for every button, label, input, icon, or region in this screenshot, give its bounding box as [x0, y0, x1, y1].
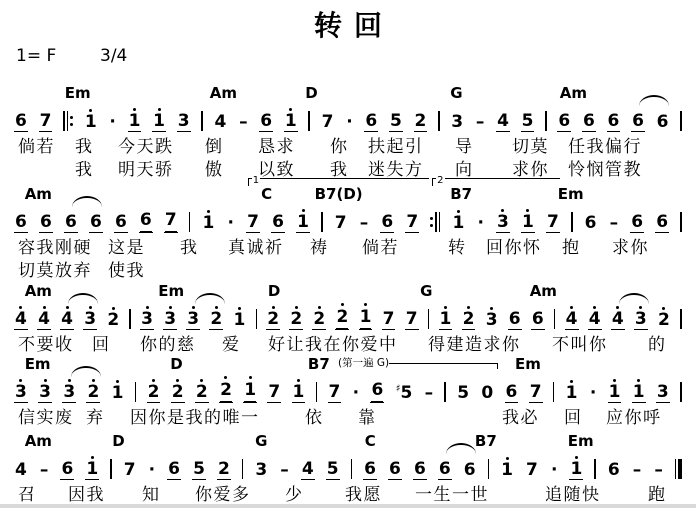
note-glyph: 4	[565, 310, 579, 330]
note-cell: 7	[546, 207, 560, 233]
lyric-syllable: 今天跌	[118, 132, 174, 157]
lyric-syllable: 我必	[502, 403, 539, 428]
note-glyph: 7	[405, 213, 419, 233]
lyric-line: 不要收回你的慈爱好让我在你爱中得建造求你不叫你的	[14, 330, 682, 353]
augmentation-dot-cell: ·	[345, 107, 353, 132]
note-row: 66666671·7617–671·3176–66	[14, 203, 682, 233]
note-cell: 2	[266, 304, 280, 330]
note-cell: 1	[451, 208, 465, 233]
note-cell: 2	[312, 304, 326, 330]
note-glyph: 1	[632, 383, 646, 403]
barline-mark	[554, 309, 556, 329]
note-cell: 1	[296, 207, 310, 233]
note-glyph: 6	[370, 381, 384, 404]
system-5: AmDGCB7Em4–617·6523–456666617·16––召因我知你爱…	[14, 432, 682, 503]
lyric-syllable: 回你怀	[486, 233, 542, 258]
note-glyph: ·	[345, 113, 353, 132]
note-cell: 6	[607, 455, 621, 480]
lyric-line: 倘若我今天跌倒恳求你扶起引导切莫任我偏行	[14, 132, 682, 155]
note-glyph: 7	[405, 310, 419, 330]
augmentation-dot-cell: ·	[589, 378, 597, 403]
barline-cell	[316, 376, 318, 403]
note-row: 3332122221717·6♯5–50671·113	[14, 373, 682, 403]
note-cell: 7	[405, 304, 419, 330]
barline-mark	[129, 309, 131, 329]
note-cell: 5	[389, 106, 403, 132]
lyric-syllable: 应你呼	[606, 403, 662, 428]
note-glyph: ·	[476, 214, 484, 233]
note-cell: 3	[656, 377, 670, 403]
system-2: 12AmCB7(D)B7Em66666671·7617–671·3176–66容…	[14, 176, 682, 279]
lyric-syllable: 抱	[562, 233, 581, 258]
note-glyph: 6	[413, 460, 427, 480]
note-glyph: 7	[123, 461, 137, 480]
note-cell: 6	[655, 207, 669, 233]
barline-mark	[351, 459, 353, 479]
note-cell: 2	[289, 304, 303, 330]
chord-label: B7(D)	[315, 185, 363, 203]
lyric-syllable: 你	[330, 132, 349, 157]
note-cell: 3	[496, 207, 510, 233]
note-cell: 2	[171, 377, 185, 403]
barline-mark	[110, 459, 112, 479]
note-glyph: 4	[496, 112, 510, 132]
lyric-syllable: 转	[448, 233, 467, 258]
note-glyph: 2	[462, 310, 476, 330]
lyric-syllable: 你爱多	[195, 480, 251, 505]
note-cell: 2	[217, 454, 231, 480]
note-glyph: 6	[167, 460, 181, 480]
note-cell: 6	[271, 207, 285, 233]
note-glyph: 6	[364, 112, 378, 132]
note-cell: 5	[521, 106, 535, 132]
note-cell: 1	[284, 106, 298, 132]
chord-label: D	[112, 432, 124, 450]
lyric-syllable: 恳求	[258, 132, 295, 157]
note-glyph: 7	[321, 113, 335, 132]
chord-label: C	[261, 185, 272, 203]
barline-mark	[680, 309, 682, 329]
barline-mark	[189, 212, 191, 232]
barline-cell	[488, 453, 490, 480]
barline-mark	[553, 382, 555, 402]
note-cell: 6	[259, 106, 273, 132]
song-title: 转回	[0, 4, 696, 44]
lyric-line: 我明天骄傲以致我迷失方向求你怜悯管教	[14, 155, 682, 178]
note-cell: 2	[335, 302, 349, 331]
lyric-syllable: 倘若	[362, 233, 399, 258]
bar-thin	[439, 212, 441, 232]
note-glyph: 2	[209, 310, 223, 330]
note-glyph: 6	[508, 310, 522, 330]
bar-sign	[430, 212, 440, 232]
barline-cell	[680, 206, 682, 233]
note-cell: 4	[60, 304, 74, 330]
note-glyph: –	[279, 461, 290, 480]
note-cell: 4	[496, 106, 510, 132]
chord-label: D	[170, 355, 182, 373]
note-glyph: 3	[254, 461, 268, 480]
note-glyph: 6	[388, 460, 402, 480]
note-glyph: 5	[389, 112, 403, 132]
note-cell: 7	[525, 455, 539, 480]
note-cell: 4	[565, 304, 579, 330]
barline-cell	[571, 206, 573, 233]
note-cell: 7	[405, 207, 419, 233]
note-cell: 1	[521, 207, 535, 233]
note-glyph: 1	[451, 214, 465, 233]
note-glyph: 5	[456, 384, 470, 403]
note-glyph: 7	[334, 214, 348, 233]
note-cell: 6	[139, 205, 153, 234]
repeat-dot	[70, 123, 73, 126]
note-cell: 1	[569, 454, 583, 480]
barline-cell	[201, 105, 203, 132]
note-cell: 2	[657, 305, 671, 330]
chord-row: EmAmDGAm	[14, 84, 682, 102]
note-glyph: 1	[292, 383, 306, 403]
note-glyph: 0	[480, 384, 494, 403]
note-cell: 6	[60, 454, 74, 480]
note-glyph: 3	[83, 310, 97, 330]
note-glyph: 1	[439, 310, 453, 330]
note-glyph: 2	[219, 381, 233, 404]
sheet-music-page: 转回 1= F 3/4 EmAmDGAm671·1134–617·6523–45…	[0, 0, 696, 508]
lyric-syllable: 使我	[108, 256, 145, 281]
chord-label: Em	[65, 84, 91, 102]
octave-dot	[364, 303, 367, 306]
note-cell: 6	[438, 454, 452, 480]
barline-cell	[438, 105, 440, 132]
note-cell: 1	[85, 454, 99, 480]
note-extension-dash-cell: –	[359, 208, 370, 233]
final-barline-cell	[675, 453, 682, 480]
note-glyph: 7	[525, 461, 539, 480]
lyric-syllable: 回	[92, 330, 111, 355]
note-cell: 1	[202, 208, 216, 233]
note-cell: 1	[243, 375, 257, 404]
note-glyph: 1	[202, 214, 216, 233]
note-glyph: 7	[164, 211, 178, 234]
note-glyph: 2	[217, 460, 231, 480]
barline-mark	[680, 212, 682, 232]
note-cell: 3	[163, 304, 177, 330]
note-glyph: 2	[414, 112, 428, 132]
lyric-syllable: 信实废	[18, 403, 74, 428]
note-cell: 1	[292, 377, 306, 403]
note-glyph: 1	[569, 460, 583, 480]
chord-label: B7	[475, 432, 497, 450]
chord-label: B7	[450, 185, 472, 203]
note-extension-dash-cell: –	[279, 455, 290, 480]
barline-cell	[256, 303, 258, 330]
chord-label: G	[255, 432, 267, 450]
note-cell: 6	[557, 106, 571, 132]
volta-row: 12	[14, 176, 682, 185]
note-glyph: 2	[335, 308, 349, 331]
chord-label: G	[450, 84, 462, 102]
note-glyph: 6	[60, 460, 74, 480]
key-signature: 1= F	[16, 46, 56, 66]
barline-mark	[242, 459, 244, 479]
note-glyph: 1	[565, 384, 579, 403]
lyric-syllable: 因你是我的唯一	[130, 403, 260, 428]
note-cell: 6	[39, 207, 53, 233]
lyric-syllable: 弃	[86, 403, 105, 428]
system-3: AmEmDGAm444323332122221771236644432不要收回你…	[14, 282, 682, 353]
lyric-syllable: 倘若	[18, 132, 55, 157]
time-signature: 3/4	[100, 46, 127, 66]
augmentation-dot-cell: ·	[148, 455, 156, 480]
note-cell: 6	[380, 207, 394, 233]
note-extension-dash-cell: –	[609, 208, 620, 233]
bar-thin	[63, 111, 65, 131]
note-glyph: –	[424, 384, 435, 403]
note-cell: 2	[209, 304, 223, 330]
lyric-syllable: 知	[142, 480, 161, 505]
note-glyph: –	[238, 113, 249, 132]
note-cell: 1	[608, 377, 622, 403]
system-1: EmAmDGAm671·1134–617·6523–4566666倘若我今天跌倒…	[14, 84, 682, 178]
note-glyph: 6	[607, 461, 621, 480]
note-cell: 2	[219, 375, 233, 404]
note-cell: 1	[500, 455, 514, 480]
note-cell: 4	[37, 304, 51, 330]
note-glyph: 2	[106, 311, 120, 330]
note-glyph: 6	[14, 112, 28, 132]
note-cell: 3	[485, 305, 499, 330]
note-cell: 2	[147, 377, 161, 403]
window-bottom-edge	[0, 504, 696, 508]
note-cell: 7	[39, 106, 53, 132]
barline-mark	[545, 111, 547, 131]
chord-row: AmCB7(D)B7Em	[14, 185, 682, 203]
repeat-dot	[70, 116, 73, 119]
lyric-syllable: 跑	[648, 480, 667, 505]
note-glyph: 6	[380, 213, 394, 233]
octave-dot	[249, 376, 252, 379]
lyric-syllable: 祷	[310, 233, 329, 258]
note-glyph: 2	[312, 310, 326, 330]
note-glyph: 3	[656, 383, 670, 403]
note-cell: 6	[584, 208, 598, 233]
note-glyph: 6	[139, 211, 153, 234]
note-cell: 4	[611, 304, 625, 330]
lyric-syllable: 真诚祈	[228, 233, 284, 258]
chord-label: Am	[560, 84, 587, 102]
barline-cell	[189, 206, 191, 233]
barline-cell	[444, 376, 446, 403]
note-glyph: –	[653, 461, 664, 480]
lyric-syllable: 少	[285, 480, 304, 505]
note-glyph: 4	[14, 461, 28, 480]
note-cell: 1	[439, 304, 453, 330]
barline-mark	[308, 111, 310, 131]
note-glyph: 6	[505, 383, 519, 403]
note-glyph: 6	[584, 214, 598, 233]
note-glyph: 3	[177, 112, 191, 132]
note-glyph: 4	[611, 310, 625, 330]
bar-thin	[435, 212, 437, 232]
note-cell: 3	[14, 377, 28, 403]
note-cell: 6	[388, 454, 402, 480]
note-extension-dash-cell: –	[39, 455, 50, 480]
note-glyph: ·	[108, 113, 116, 132]
bar-sign	[63, 111, 73, 131]
note-extension-dash-cell: –	[238, 107, 249, 132]
note-glyph: 7	[39, 112, 53, 132]
bar-thin	[675, 459, 677, 479]
note-glyph: 6	[64, 213, 78, 233]
barline-mark	[594, 459, 596, 479]
note-glyph: 3	[163, 310, 177, 330]
note-glyph: 1	[84, 113, 98, 132]
note-glyph: 7	[328, 383, 342, 403]
chord-label: Am	[25, 432, 52, 450]
note-glyph: 6	[463, 461, 477, 480]
note-row: 671·1134–617·6523–4566666	[14, 102, 682, 132]
barline-mark	[571, 212, 573, 232]
barline-mark	[444, 382, 446, 402]
barline-cell	[129, 303, 131, 330]
note-glyph: 1	[243, 381, 257, 404]
note-glyph: 7	[246, 213, 260, 233]
note-glyph: 3	[140, 310, 154, 330]
note-cell: 4	[14, 455, 28, 480]
note-cell: 6	[413, 454, 427, 480]
barline-cell	[554, 303, 556, 330]
barline-cell	[680, 105, 682, 132]
note-glyph: ·	[227, 214, 235, 233]
barline-mark	[201, 111, 203, 131]
note-glyph: 6	[630, 213, 644, 233]
note-cell: 7	[328, 377, 342, 403]
note-glyph: 1	[232, 311, 246, 330]
note-glyph: 4	[14, 310, 28, 330]
note-glyph: ♯5	[395, 384, 414, 403]
note-cell: 7	[246, 207, 260, 233]
barline-cell	[351, 453, 353, 480]
octave-dot	[224, 376, 227, 379]
note-glyph: 6	[631, 112, 645, 132]
note-glyph: 4	[588, 310, 602, 330]
chord-label: Am	[530, 282, 557, 300]
note-cell: 6	[364, 106, 378, 132]
barline-cell	[135, 376, 137, 403]
note-extension-dash-cell: –	[632, 455, 643, 480]
bar-sign	[675, 459, 682, 479]
note-glyph: 4	[60, 310, 74, 330]
note-extension-dash-cell: –	[653, 455, 664, 480]
note-cell: 1	[232, 305, 246, 330]
chord-label: Am	[25, 282, 52, 300]
note-glyph: 1	[284, 112, 298, 132]
lyric-line: 召因我知你爱多少我愿一生一世追随快跑	[14, 480, 682, 503]
chord-label: B7	[308, 355, 330, 373]
barline-cell	[110, 453, 112, 480]
barline-cell	[553, 376, 555, 403]
note-cell: 6	[508, 304, 522, 330]
note-cell: ♯5	[395, 378, 414, 403]
note-cell: 3	[450, 107, 464, 132]
note-glyph: 1	[128, 112, 142, 132]
note-cell: 6	[370, 375, 384, 404]
lyric-syllable: 不叫你	[552, 330, 608, 355]
note-glyph: 6	[14, 213, 28, 233]
chord-label: Em	[558, 185, 584, 203]
note-glyph: 7	[529, 383, 543, 403]
barline-mark	[316, 382, 318, 402]
note-glyph: ·	[352, 384, 360, 403]
note-extension-dash-cell: –	[424, 378, 435, 403]
note-glyph: 1	[521, 213, 535, 233]
note-glyph: 1	[296, 213, 310, 233]
barline-cell	[680, 376, 682, 403]
chord-label: D	[305, 84, 317, 102]
note-cell: 1	[565, 378, 579, 403]
note-cell: 3	[38, 377, 52, 403]
chord-label: D	[268, 282, 280, 300]
note-glyph: 6	[259, 112, 273, 132]
chord-row: AmEmDGAm	[14, 282, 682, 300]
note-glyph: 7	[382, 310, 396, 330]
barline-cell	[308, 105, 310, 132]
note-cell: 6	[363, 454, 377, 480]
note-cell: 4	[14, 304, 28, 330]
lyric-syllable: 不要收	[18, 330, 74, 355]
lyric-syllable: 爱	[222, 330, 241, 355]
lyric-syllable: 因我	[68, 480, 105, 505]
lyric-line: 切莫放弃使我	[14, 256, 682, 279]
note-cell: 1	[359, 302, 373, 331]
note-glyph: 6	[114, 213, 128, 233]
note-cell: 6	[89, 207, 103, 233]
note-cell: 6	[114, 207, 128, 233]
chord-label: Am	[25, 185, 52, 203]
lyric-syllable: 追随快	[545, 480, 601, 505]
note-cell: 2	[195, 377, 209, 403]
note-cell: 5	[326, 454, 340, 480]
lyric-syllable: 倒	[205, 132, 224, 157]
note-cell: 4	[588, 304, 602, 330]
lyric-syllable: 好让我在你爱中	[268, 330, 398, 355]
note-cell: 6	[463, 455, 477, 480]
note-glyph: 1	[111, 384, 125, 403]
note-cell: 1	[128, 106, 142, 132]
augmentation-dot-cell: ·	[227, 208, 235, 233]
note-glyph: 6	[363, 460, 377, 480]
note-glyph: 6	[438, 460, 452, 480]
lyric-syllable: 依	[305, 403, 324, 428]
note-cell: 7	[267, 377, 281, 403]
note-glyph: –	[475, 113, 486, 132]
barline-cell	[321, 206, 323, 233]
note-glyph: –	[632, 461, 643, 480]
note-cell: 2	[86, 377, 100, 403]
lyric-syllable: 我愿	[345, 480, 382, 505]
note-row: 4–617·6523–456666617·16––	[14, 450, 682, 480]
note-glyph: 2	[195, 383, 209, 403]
octave-dot	[341, 303, 344, 306]
note-glyph: 3	[485, 311, 499, 330]
barline-cell	[242, 453, 244, 480]
note-cell: 6	[630, 207, 644, 233]
barline-mark	[680, 382, 682, 402]
chord-label: Em	[515, 355, 541, 373]
note-glyph: 6	[39, 213, 53, 233]
note-cell: 2	[414, 106, 428, 132]
note-cell: 3	[62, 377, 76, 403]
